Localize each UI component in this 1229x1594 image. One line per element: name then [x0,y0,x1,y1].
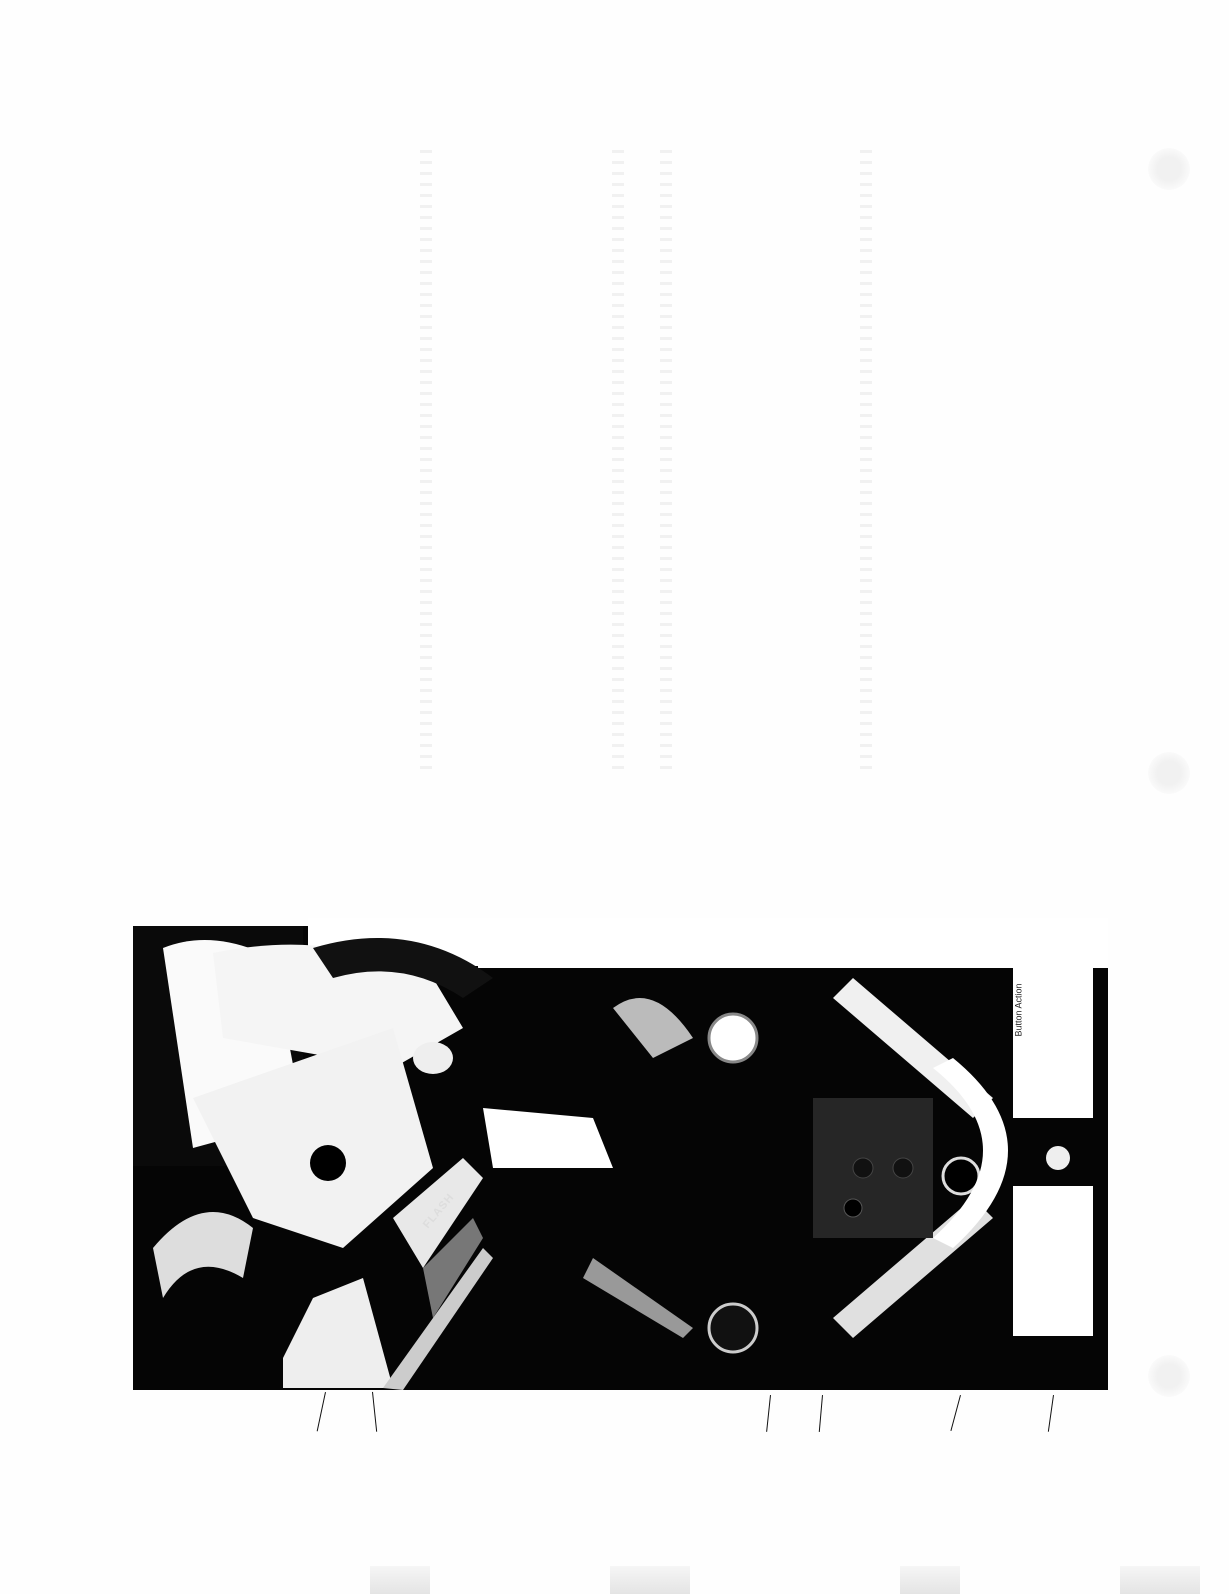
playfield-figure [133,918,1108,1390]
scan-shadow [610,1566,690,1594]
punch-hole [1148,752,1190,794]
punch-hole [1148,1355,1190,1397]
callout-line [766,1395,771,1432]
callout-line [317,1392,327,1431]
faded-text-column [660,150,672,770]
scan-shadow [1120,1566,1200,1594]
faded-text-column [612,150,624,770]
callout-line [1048,1395,1055,1432]
punch-hole [1148,148,1190,190]
callout-line [819,1395,824,1432]
faded-text-column [420,150,432,770]
document-page: FLASH Button Action [0,0,1229,1594]
faded-text-column [860,150,872,770]
button-action-label: Button Action [1014,983,1024,1036]
callout-line [372,1392,378,1432]
callout-line [950,1395,961,1431]
scan-shadow [370,1566,430,1594]
scan-shadow [900,1566,960,1594]
